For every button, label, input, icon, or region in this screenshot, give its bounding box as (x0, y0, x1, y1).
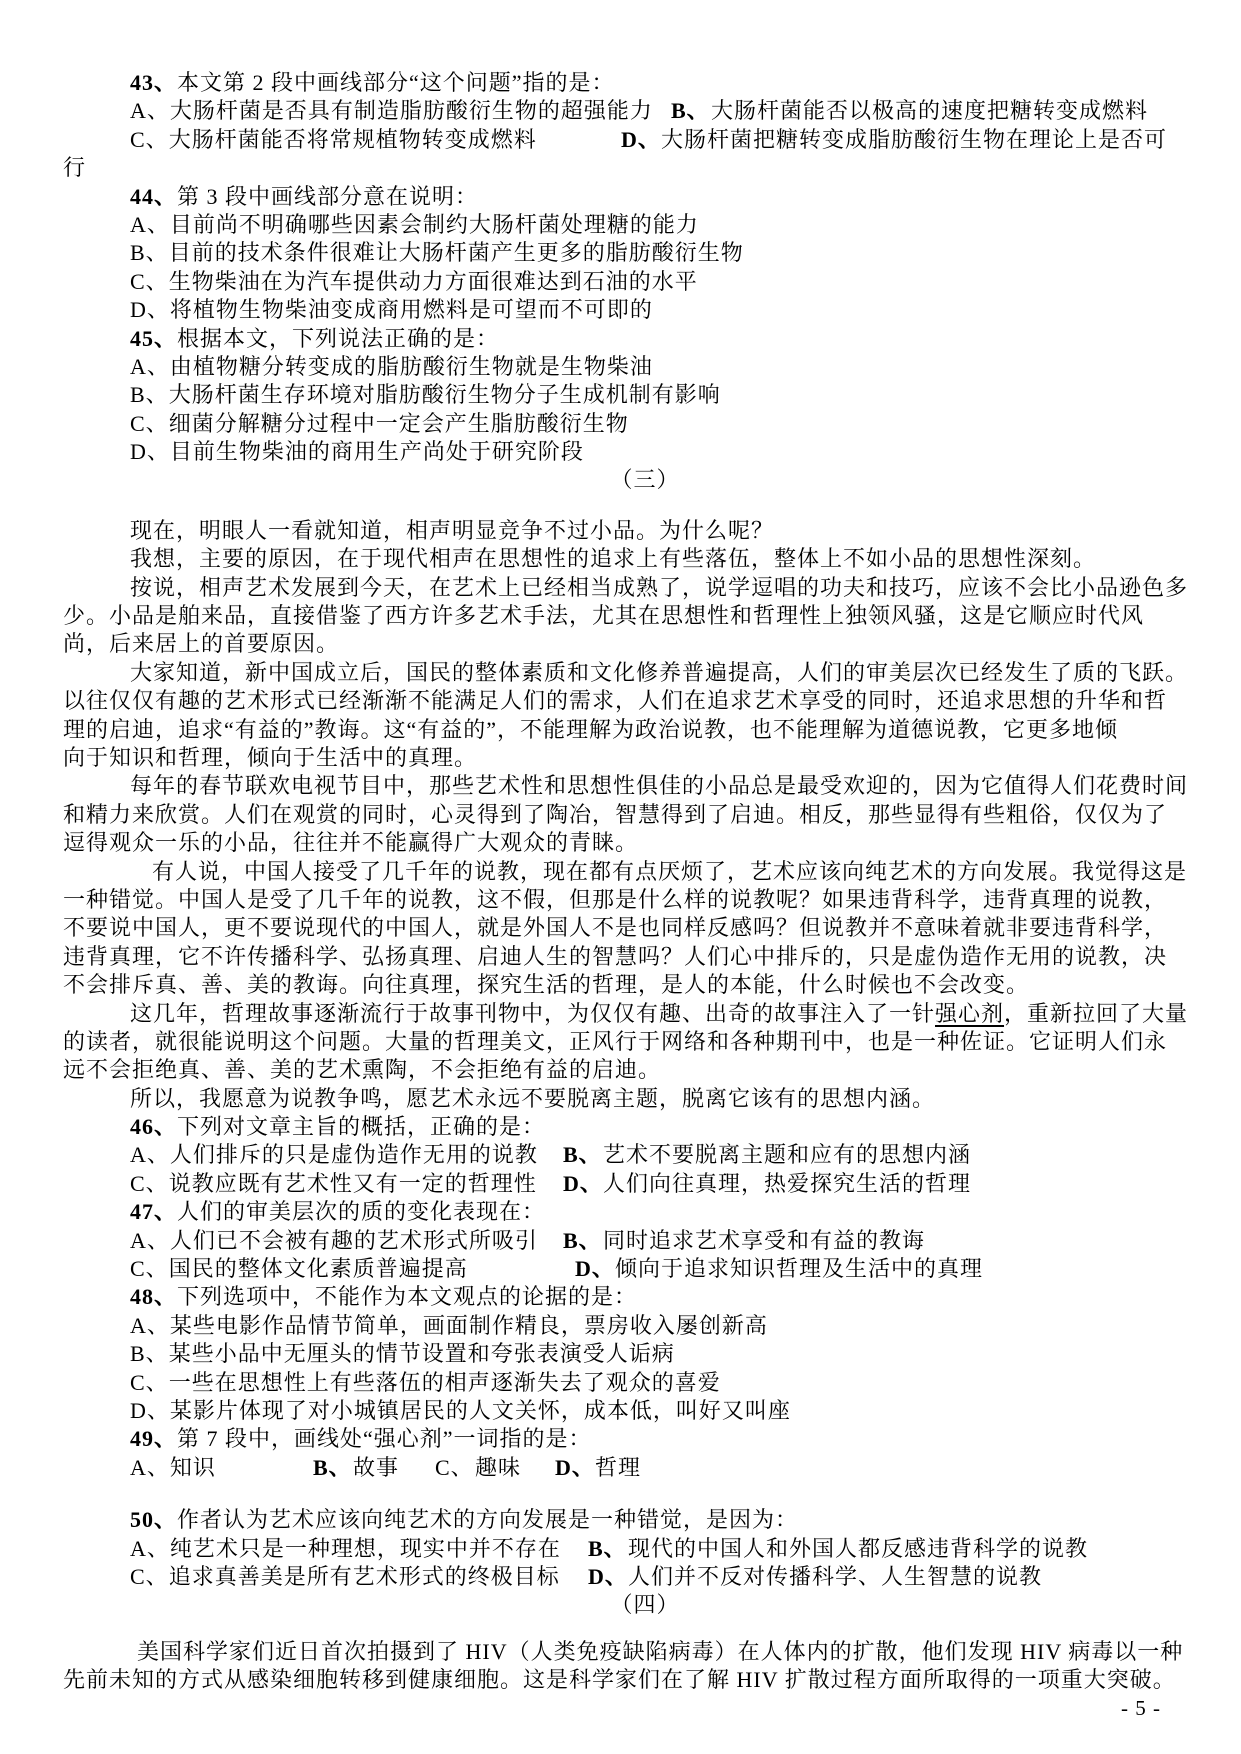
text-run: 和精力来欣赏。人们在观赏的同时，心灵得到了陶冶，智慧得到了启迪。相反，那些显得有… (63, 802, 1167, 827)
text-run: 由植物糖分转变成的脂肪酸衍生物就是生物柴油 (170, 354, 653, 379)
spacer-line (63, 1620, 1167, 1638)
question-number: 48、 (130, 1284, 177, 1309)
spacer-line (63, 1482, 1167, 1506)
option-line: B、目前的技术条件很难让大肠杆菌产生更多的脂肪酸衍生物 (63, 239, 1167, 267)
text-run: 违背真理，它不许传播科学、弘扬真理、启迪人生的智慧吗？人们心中排斥的，只是虚伪造… (63, 944, 1167, 969)
option-label: A、 (130, 1228, 170, 1253)
option-label: A、 (130, 1313, 170, 1338)
text-run: 第 7 段中，画线处“强心剂”一词指的是： (177, 1426, 592, 1451)
question-number: 50、 (130, 1507, 177, 1532)
option-line: A、人们排斥的只是虚伪造作无用的说教B、艺术不要脱离主题和应有的思想内涵 (63, 1141, 1167, 1169)
text-run: 某影片体现了对小城镇居民的人文关怀，成本低，叫好又叫座 (170, 1398, 791, 1423)
text-run: 按说，相声艺术发展到今天，在艺术上已经相当成熟了，说学逗唱的功夫和技巧，应该不会… (130, 575, 1188, 600)
option-label: A、 (130, 98, 170, 123)
continuation-line: 和精力来欣赏。人们在观赏的同时，心灵得到了陶冶，智慧得到了启迪。相反，那些显得有… (63, 801, 1167, 829)
option-label: D、 (563, 1170, 603, 1198)
text-run: 向于知识和哲理，倾向于生活中的真理。 (63, 745, 477, 770)
text-run: 目前生物柴油的商用生产尚处于研究阶段 (170, 439, 584, 464)
option-line: B、某些小品中无厘头的情节设置和夸张表演受人诟病 (63, 1340, 1167, 1368)
option-label: C、 (130, 269, 169, 294)
option-line: C、国民的整体文化素质普遍提高D、倾向于追求知识哲理及生活中的真理 (63, 1255, 1167, 1283)
text-run: 远不会拒绝真、善、美的艺术熏陶，不会拒绝有益的启迪。 (63, 1057, 661, 1082)
text-run: 国民的整体文化素质普遍提高 (169, 1256, 468, 1281)
paragraph-line: 我想，主要的原因，在于现代相声在思想性的追求上有些落伍，整体上不如小品的思想性深… (63, 545, 1167, 573)
continuation-line: 不会排斥真、善、美的教诲。向往真理，探究生活的哲理，是人的本能，什么时候也不会改… (63, 971, 1167, 999)
text-run: （三） (610, 467, 679, 492)
text-run: 细菌分解糖分过程中一定会产生脂肪酸衍生物 (169, 411, 629, 436)
question-number: 44、 (130, 184, 177, 209)
option-label: B、 (130, 382, 169, 407)
option-line: C、说教应既有艺术性又有一定的哲理性D、人们向往真理，热爱探究生活的哲理 (63, 1170, 1167, 1198)
text-run: 根据本文，下列说法正确的是： (177, 326, 499, 351)
question-line: 49、第 7 段中，画线处“强心剂”一词指的是： (63, 1425, 1167, 1453)
text-run: 我想，主要的原因，在于现代相声在思想性的追求上有些落伍，整体上不如小品的思想性深… (130, 546, 1096, 571)
paragraph-line: 大家知道，新中国成立后，国民的整体素质和文化修养普遍提高，人们的审美层次已经发生… (63, 659, 1167, 687)
continuation-line: 远不会拒绝真、善、美的艺术熏陶，不会拒绝有益的启迪。 (63, 1056, 1167, 1084)
option-label: B、 (130, 240, 169, 265)
continuation-line: 尚，后来居上的首要原因。 (63, 630, 1167, 658)
text-run: 作者认为艺术应该向纯艺术的方向发展是一种错觉，是因为： (177, 1507, 798, 1532)
question-line: 50、作者认为艺术应该向纯艺术的方向发展是一种错觉，是因为： (63, 1506, 1167, 1534)
text-run: 人们的审美层次的质的变化表现在： (177, 1199, 545, 1224)
exam-document-page: 43、本文第 2 段中画线部分“这个问题”指的是：A、大肠杆菌是否具有制造脂肪酸… (0, 0, 1241, 1754)
option-label: D、 (621, 126, 661, 154)
option-label: C、 (130, 127, 169, 152)
text-run: 这几年，哲理故事逐渐流行于故事刊物中，为仅仅有趣、出奇的故事注入了一针 (130, 1001, 935, 1026)
text-run: ，重新拉回了大量 (1004, 1001, 1188, 1026)
text-run: 生物柴油在为汽车提供动力方面很难达到石油的水平 (169, 269, 698, 294)
text-run: 美国科学家们近日首次拍摄到了 HIV（人类免疫缺陷病毒）在人体内的扩散，他们发现… (137, 1639, 1183, 1664)
text-run: 人们向往真理，热爱探究生活的哲理 (603, 1170, 971, 1198)
option-line: A、某些电影作品情节简单，画面制作精良，票房收入屡创新高 (63, 1312, 1167, 1340)
spacer-line (63, 495, 1167, 517)
option-line: A、大肠杆菌是否具有制造脂肪酸衍生物的超强能力B、大肠杆菌能否以极高的速度把糖转… (63, 97, 1167, 125)
text-run: 所以，我愿意为说教争鸣，愿艺术永远不要脱离主题，脱离它该有的思想内涵。 (130, 1086, 935, 1111)
option-label: B、 (671, 97, 710, 125)
option-label: A、 (130, 1536, 170, 1561)
text-run: 大肠杆菌生存环境对脂肪酸衍生物分子生成机制有影响 (169, 382, 721, 407)
option-label: A、 (130, 1142, 170, 1167)
text-run: 现代的中国人和外国人都反感违背科学的说教 (628, 1535, 1088, 1563)
option-label: D、 (130, 297, 170, 322)
option-line: C、一些在思想性上有些落伍的相声逐渐失去了观众的喜爱 (63, 1369, 1167, 1397)
text-run: 一种错觉。中国人是受了几千年的说教，这不假，但那是什么样的说教呢？如果违背科学，… (63, 887, 1167, 912)
continuation-line: 少。小品是舶来品，直接借鉴了西方许多艺术手法，尤其在思想性和哲理性上独领风骚，这… (63, 602, 1167, 630)
text-run: 大肠杆菌把糖转变成脂肪酸衍生物在理论上是否可 (661, 126, 1167, 154)
text-run: 先前未知的方式从感染细胞转移到健康细胞。这是科学家们在了解 HIV 扩散过程方面… (63, 1667, 1176, 1692)
option-line: C、生物柴油在为汽车提供动力方面很难达到石油的水平 (63, 268, 1167, 296)
text-run: 大家知道，新中国成立后，国民的整体素质和文化修养普遍提高，人们的审美层次已经发生… (130, 660, 1188, 685)
text-run: 倾向于追求知识哲理及生活中的真理 (615, 1255, 983, 1283)
section-heading-four: （四） (63, 1591, 1167, 1619)
text-run: 某些小品中无厘头的情节设置和夸张表演受人诟病 (169, 1341, 675, 1366)
question-number: 49、 (130, 1426, 177, 1451)
continuation-line: 逗得观众一乐的小品，往往并不能赢得广大观众的青睐。 (63, 829, 1167, 857)
page-number: - 5 - (63, 1694, 1167, 1722)
option-line: B、大肠杆菌生存环境对脂肪酸衍生物分子生成机制有影响 (63, 381, 1167, 409)
text-run: 逗得观众一乐的小品，往往并不能赢得广大观众的青睐。 (63, 830, 638, 855)
paragraph-line: 每年的春节联欢电视节目中，那些艺术性和思想性俱佳的小品总是最受欢迎的，因为它值得… (63, 772, 1167, 800)
option-label: A、 (130, 1455, 170, 1480)
continuation-line: 行 (63, 154, 1167, 182)
continuation-line: 不要说中国人，更不要说现代的中国人，就是外国人不是也同样反感吗？但说教并不意味着… (63, 914, 1167, 942)
option-label: D、 (575, 1255, 615, 1283)
text-run: 每年的春节联欢电视节目中，那些艺术性和思想性俱佳的小品总是最受欢迎的，因为它值得… (130, 773, 1188, 798)
option-line: C、大肠杆菌能否将常规植物转变成燃料D、大肠杆菌把糖转变成脂肪酸衍生物在理论上是… (63, 126, 1167, 154)
question-number: 45、 (130, 326, 177, 351)
text-run: 人们排斥的只是虚伪造作无用的说教 (170, 1142, 538, 1167)
option-label: B、 (313, 1454, 352, 1482)
text-run: 尚，后来居上的首要原因。 (63, 631, 339, 656)
text-run: 说教应既有艺术性又有一定的哲理性 (169, 1171, 537, 1196)
question-number: 46、 (130, 1114, 177, 1139)
paragraph-line: 按说，相声艺术发展到今天，在艺术上已经相当成熟了，说学逗唱的功夫和技巧，应该不会… (63, 574, 1167, 602)
option-label: A、 (130, 212, 170, 237)
continuation-line: 的读者，就很能说明这个问题。大量的哲理美文，正风行于网络和各种期刊中，也是一种佐… (63, 1028, 1167, 1056)
option-line: A、由植物糖分转变成的脂肪酸衍生物就是生物柴油 (63, 353, 1167, 381)
option-line: D、某影片体现了对小城镇居民的人文关怀，成本低，叫好又叫座 (63, 1397, 1167, 1425)
text-run: 同时追求艺术享受和有益的教诲 (603, 1227, 925, 1255)
text-run: 纯艺术只是一种理想，现实中并不存在 (170, 1536, 561, 1561)
option-label: D、 (130, 439, 170, 464)
text-run: 人们已不会被有趣的艺术形式所吸引 (170, 1228, 538, 1253)
continuation-line: 先前未知的方式从感染细胞转移到健康细胞。这是科学家们在了解 HIV 扩散过程方面… (63, 1666, 1167, 1694)
text-run: 有人说，中国人接受了几千年的说教，现在都有点厌烦了，艺术应该向纯艺术的方向发展。… (152, 859, 1187, 884)
text-run: 一些在思想性上有些落伍的相声逐渐失去了观众的喜爱 (169, 1370, 721, 1395)
text-run: 下列选项中，不能作为本文观点的论据的是： (177, 1284, 637, 1309)
option-label: B、 (563, 1141, 602, 1169)
option-label: A、 (130, 354, 170, 379)
text-run: 故事 (353, 1454, 399, 1482)
question-number: 47、 (130, 1199, 177, 1224)
text-run: 人们并不反对传播科学、人生智慧的说教 (628, 1563, 1042, 1591)
paragraph-line: 有人说，中国人接受了几千年的说教，现在都有点厌烦了，艺术应该向纯艺术的方向发展。… (63, 858, 1167, 886)
text-run: 不要说中国人，更不要说现代的中国人，就是外国人不是也同样反感吗？但说教并不意味着… (63, 915, 1167, 940)
option-label: B、 (130, 1341, 169, 1366)
option-line: C、细菌分解糖分过程中一定会产生脂肪酸衍生物 (63, 410, 1167, 438)
text-run: 行 (63, 155, 86, 180)
text-run: 目前尚不明确哪些因素会制约大肠杆菌处理糖的能力 (170, 212, 699, 237)
text-run: 下列对文章主旨的概括，正确的是： (177, 1114, 545, 1139)
text-run: 哲理 (595, 1454, 641, 1482)
option-label: D、 (130, 1398, 170, 1423)
continuation-line: 违背真理，它不许传播科学、弘扬真理、启迪人生的智慧吗？人们心中排斥的，只是虚伪造… (63, 943, 1167, 971)
underlined-term: 强心剂 (935, 1001, 1004, 1026)
question-line: 44、第 3 段中画线部分意在说明： (63, 183, 1167, 211)
section-heading-three: （三） (63, 466, 1167, 494)
option-label: C、 (130, 1564, 169, 1589)
text-run: - 5 - (1121, 1696, 1161, 1720)
text-run: 目前的技术条件很难让大肠杆菌产生更多的脂肪酸衍生物 (169, 240, 744, 265)
text-run: （四） (610, 1592, 679, 1617)
text-run: 现在，明眼人一看就知道，相声明显竞争不过小品。为什么呢？ (130, 518, 774, 543)
option-line: C、追求真善美是所有艺术形式的终极目标D、人们并不反对传播科学、人生智慧的说教 (63, 1563, 1167, 1591)
text-run: 以往仅仅有趣的艺术形式已经渐渐不能满足人们的需求，人们在追求艺术享受的同时，还追… (63, 688, 1167, 713)
question-line: 43、本文第 2 段中画线部分“这个问题”指的是： (63, 69, 1167, 97)
option-line: D、将植物生物柴油变成商用燃料是可望而不可即的 (63, 296, 1167, 324)
option-label: C、 (130, 1256, 169, 1281)
option-label: C、 (435, 1454, 474, 1482)
option-label: D、 (588, 1563, 628, 1591)
text-run: 趣味 (475, 1454, 521, 1482)
text-run: 艺术不要脱离主题和应有的思想内涵 (603, 1141, 971, 1169)
option-label: C、 (130, 411, 169, 436)
text-run: 追求真善美是所有艺术形式的终极目标 (169, 1564, 560, 1589)
option-label: C、 (130, 1171, 169, 1196)
text-run: 的读者，就很能说明这个问题。大量的哲理美文，正风行于网络和各种期刊中，也是一种佐… (63, 1029, 1167, 1054)
option-label: B、 (588, 1535, 627, 1563)
option-line: D、目前生物柴油的商用生产尚处于研究阶段 (63, 438, 1167, 466)
question-number: 43、 (130, 70, 177, 95)
question-line: 46、下列对文章主旨的概括，正确的是： (63, 1113, 1167, 1141)
document-lines: 43、本文第 2 段中画线部分“这个问题”指的是：A、大肠杆菌是否具有制造脂肪酸… (63, 69, 1167, 1723)
option-line: A、知识B、故事C、趣味D、哲理 (63, 1454, 1167, 1482)
text-run: 将植物生物柴油变成商用燃料是可望而不可即的 (170, 297, 653, 322)
paragraph-line: 这几年，哲理故事逐渐流行于故事刊物中，为仅仅有趣、出奇的故事注入了一针强心剂，重… (63, 1000, 1167, 1028)
text-run: 理的启迪，追求“有益的”教诲。这“有益的”，不能理解为政治说教，也不能理解为道德… (63, 717, 1118, 742)
option-line: A、目前尚不明确哪些因素会制约大肠杆菌处理糖的能力 (63, 211, 1167, 239)
continuation-line: 理的启迪，追求“有益的”教诲。这“有益的”，不能理解为政治说教，也不能理解为道德… (63, 716, 1167, 744)
text-run: 知识 (170, 1455, 216, 1480)
continuation-line: 以往仅仅有趣的艺术形式已经渐渐不能满足人们的需求，人们在追求艺术享受的同时，还追… (63, 687, 1167, 715)
text-run: 少。小品是舶来品，直接借鉴了西方许多艺术手法，尤其在思想性和哲理性上独领风骚，这… (63, 603, 1144, 628)
text-run: 某些电影作品情节简单，画面制作精良，票房收入屡创新高 (170, 1313, 768, 1338)
paragraph-line: 美国科学家们近日首次拍摄到了 HIV（人类免疫缺陷病毒）在人体内的扩散，他们发现… (63, 1638, 1167, 1666)
text-run: 本文第 2 段中画线部分“这个问题”指的是： (177, 70, 615, 95)
text-run: 不会排斥真、善、美的教诲。向往真理，探究生活的哲理，是人的本能，什么时候也不会改… (63, 972, 1029, 997)
continuation-line: 一种错觉。中国人是受了几千年的说教，这不假，但那是什么样的说教呢？如果违背科学，… (63, 886, 1167, 914)
text-run: 大肠杆菌是否具有制造脂肪酸衍生物的超强能力 (170, 98, 653, 123)
continuation-line: 向于知识和哲理，倾向于生活中的真理。 (63, 744, 1167, 772)
text-run: 第 3 段中画线部分意在说明： (177, 184, 478, 209)
option-label: B、 (563, 1227, 602, 1255)
option-line: A、纯艺术只是一种理想，现实中并不存在B、现代的中国人和外国人都反感违背科学的说… (63, 1535, 1167, 1563)
question-line: 47、人们的审美层次的质的变化表现在： (63, 1198, 1167, 1226)
paragraph-line: 所以，我愿意为说教争鸣，愿艺术永远不要脱离主题，脱离它该有的思想内涵。 (63, 1085, 1167, 1113)
paragraph-line: 现在，明眼人一看就知道，相声明显竞争不过小品。为什么呢？ (63, 517, 1167, 545)
text-run: 大肠杆菌能否以极高的速度把糖转变成燃料 (711, 97, 1148, 125)
question-line: 45、根据本文，下列说法正确的是： (63, 325, 1167, 353)
option-label: C、 (130, 1370, 169, 1395)
option-label: D、 (555, 1454, 595, 1482)
option-line: A、人们已不会被有趣的艺术形式所吸引B、同时追求艺术享受和有益的教诲 (63, 1227, 1167, 1255)
question-line: 48、下列选项中，不能作为本文观点的论据的是： (63, 1283, 1167, 1311)
text-run: 大肠杆菌能否将常规植物转变成燃料 (169, 127, 537, 152)
